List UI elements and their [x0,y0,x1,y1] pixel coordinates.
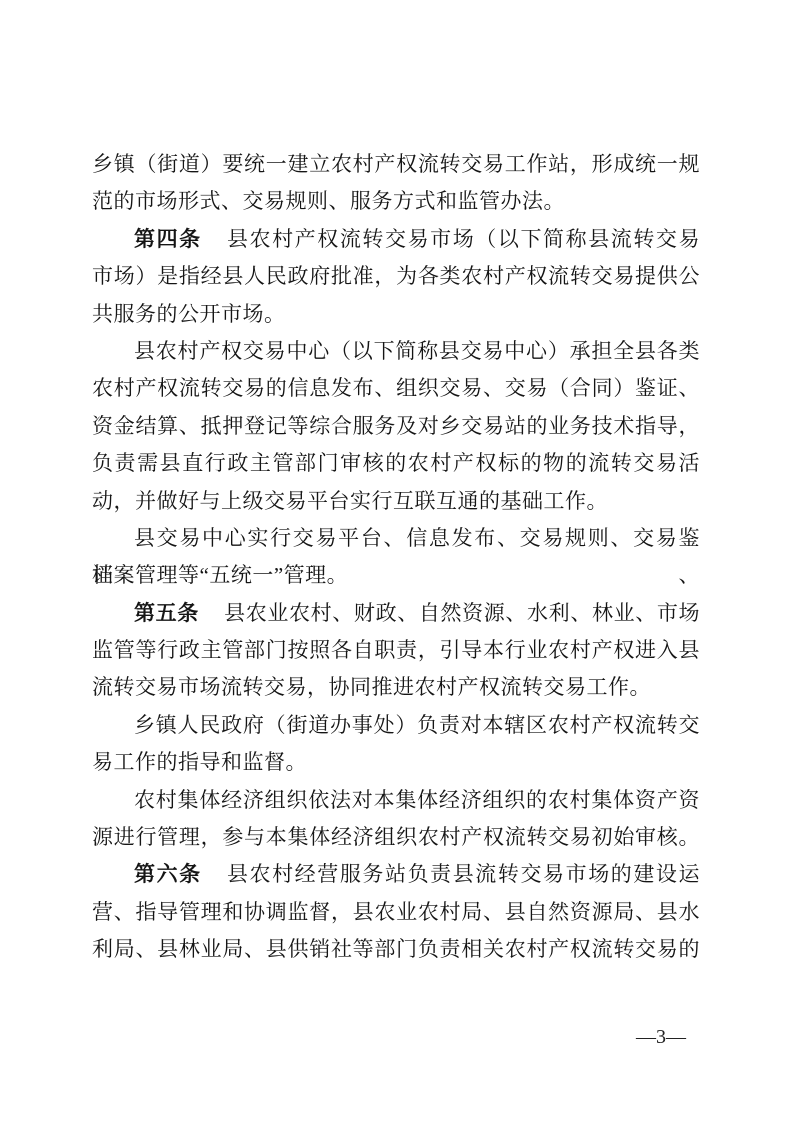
document-page: 乡镇（街道）要统一建立农村产权流转交易工作站，形成统一规 范的市场形式、交易规则… [0,0,793,1122]
text-line: 源进行管理，参与本集体经济组织农村产权流转交易初始审核。 [92,819,700,856]
text-line: 农村产权流转交易的信息发布、组织交易、交易（合同）鉴证、 [92,370,700,407]
text-line: 乡镇人民政府（街道办事处）负责对本辖区农村产权流转交 [92,707,700,744]
text-line: 利局、县林业局、县供销社等部门负责相关农村产权流转交易的 [92,931,700,968]
text-line: 乡镇（街道）要统一建立农村产权流转交易工作站，形成统一规 [92,146,700,183]
page-number: —3— [600,1026,722,1049]
text-line: 农村集体经济组织依法对本集体经济组织的农村集体资产资 [92,782,700,819]
line-text: 县农村产权流转交易市场（以下简称县流转交易 [227,227,700,251]
article-heading: 第五条 [134,601,199,625]
text-line: 易工作的指导和监督。 [92,744,700,781]
text-line: 第六条县农村经营服务站负责县流转交易市场的建设运 [92,856,700,893]
text-line: 县交易中心实行交易平台、信息发布、交易规则、交易鉴证、 [92,520,700,557]
text-line: 营、指导管理和协调监督，县农业农村局、县自然资源局、县水 [92,894,700,931]
text-line: 负责需县直行政主管部门审核的农村产权标的物的流转交易活 [92,445,700,482]
document-body: 乡镇（街道）要统一建立农村产权流转交易工作站，形成统一规 范的市场形式、交易规则… [92,146,700,969]
text-line: 资金结算、抵押登记等综合服务及对乡交易站的业务技术指导， [92,408,700,445]
text-line: 县农村产权交易中心（以下简称县交易中心）承担全县各类 [92,333,700,370]
text-line: 范的市场形式、交易规则、服务方式和监管办法。 [92,183,700,220]
text-line: 市场）是指经县人民政府批准，为各类农村产权流转交易提供公 [92,258,700,295]
article-heading: 第六条 [134,862,202,886]
text-line: 动，并做好与上级交易平台实行互联互通的基础工作。 [92,483,700,520]
text-line: 第五条县农业农村、财政、自然资源、水利、林业、市场 [92,595,700,632]
article-heading: 第四条 [134,227,202,251]
text-line: 第四条县农村产权流转交易市场（以下简称县流转交易 [92,221,700,258]
line-text: 县农村经营服务站负责县流转交易市场的建设运 [227,862,700,886]
text-line: 流转交易市场流转交易，协同推进农村产权流转交易工作。 [92,669,700,706]
line-text: 县农业农村、财政、自然资源、水利、林业、市场 [224,601,700,625]
text-line: 共服务的公开市场。 [92,296,700,333]
text-line: 监管等行政主管部门按照各自职责，引导本行业农村产权进入县 [92,632,700,669]
